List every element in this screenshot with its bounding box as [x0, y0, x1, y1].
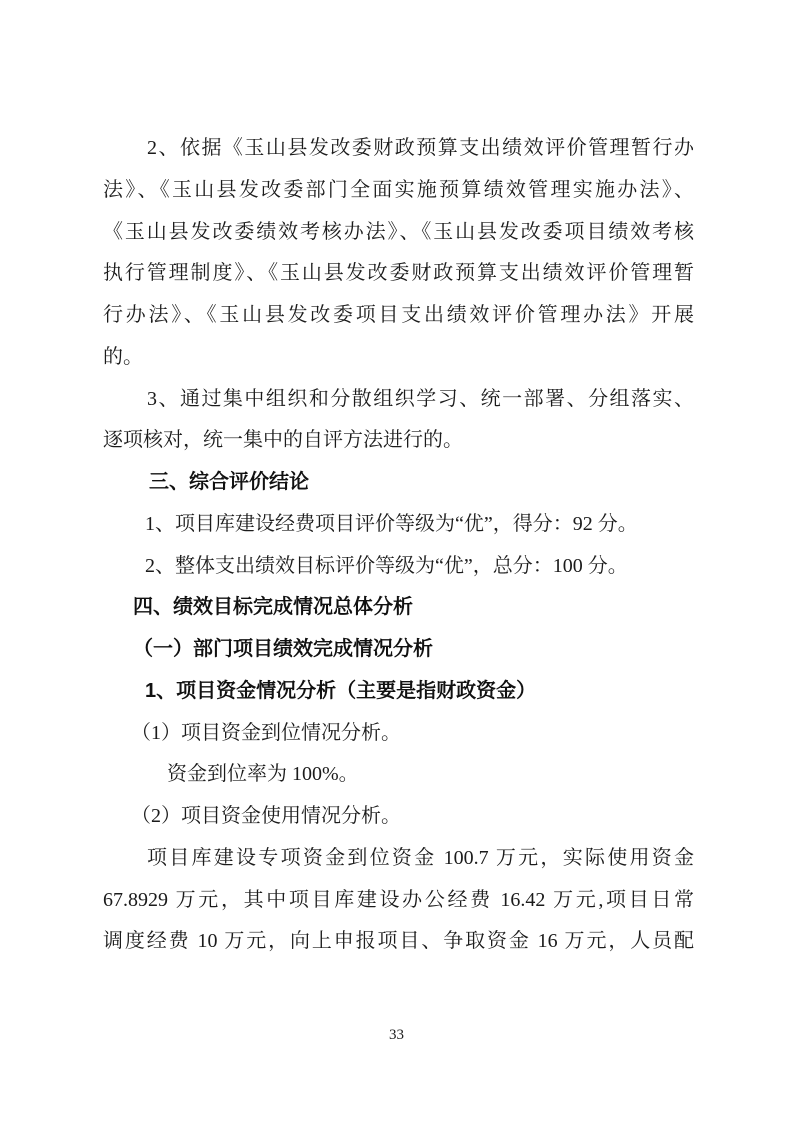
para-basis-line-5: 行办法》、《玉山县发改委项目支出绩效评价管理办法》开展: [103, 295, 694, 337]
para-fund-usage-line-2: 67.8929 万元，其中项目库建设办公经费 16.42 万元,项目日常: [103, 880, 694, 922]
subheading-department-project-analysis: （一）部门项目绩效完成情况分析: [103, 629, 694, 671]
para-method-line-1: 3、通过集中组织和分散组织学习、统一部署、分组落实、: [103, 379, 694, 421]
para-basis-line-3: 《玉山县发改委绩效考核办法》、《玉山县发改委项目绩效考核: [103, 212, 694, 254]
para-basis-line-4: 执行管理制度》、《玉山县发改委财政预算支出绩效评价管理暂: [103, 253, 694, 295]
page-number: 33: [0, 1026, 793, 1044]
heading-goal-completion-analysis: 四、绩效目标完成情况总体分析: [103, 587, 694, 629]
item-fund-arrival-analysis: （1）项目资金到位情况分析。: [103, 713, 694, 755]
subheading-fund-analysis: 1、项目资金情况分析（主要是指财政资金）: [103, 671, 694, 713]
para-basis-line-6: 的。: [103, 337, 694, 379]
item-project-score: 1、项目库建设经费项目评价等级为“优”，得分：92 分。: [103, 504, 694, 546]
document-page: 2、依据《玉山县发改委财政预算支出绩效评价管理暂行办 法》、《玉山县发改委部门全…: [0, 0, 793, 1122]
para-basis-line-1: 2、依据《玉山县发改委财政预算支出绩效评价管理暂行办: [103, 128, 694, 170]
document-body: 2、依据《玉山县发改委财政预算支出绩效评价管理暂行办 法》、《玉山县发改委部门全…: [103, 128, 694, 963]
heading-overall-conclusion: 三、综合评价结论: [103, 462, 694, 504]
para-basis-line-2: 法》、《玉山县发改委部门全面实施预算绩效管理实施办法》、: [103, 170, 694, 212]
text-fund-arrival-rate: 资金到位率为 100%。: [103, 754, 694, 796]
para-method-line-2: 逐项核对，统一集中的自评方法进行的。: [103, 420, 694, 462]
item-overall-score: 2、整体支出绩效目标评价等级为“优”，总分：100 分。: [103, 546, 694, 588]
para-fund-usage-line-1: 项目库建设专项资金到位资金 100.7 万元，实际使用资金: [103, 838, 694, 880]
para-fund-usage-line-3: 调度经费 10 万元，向上申报项目、争取资金 16 万元，人员配: [103, 921, 694, 963]
item-fund-usage-analysis: （2）项目资金使用情况分析。: [103, 796, 694, 838]
